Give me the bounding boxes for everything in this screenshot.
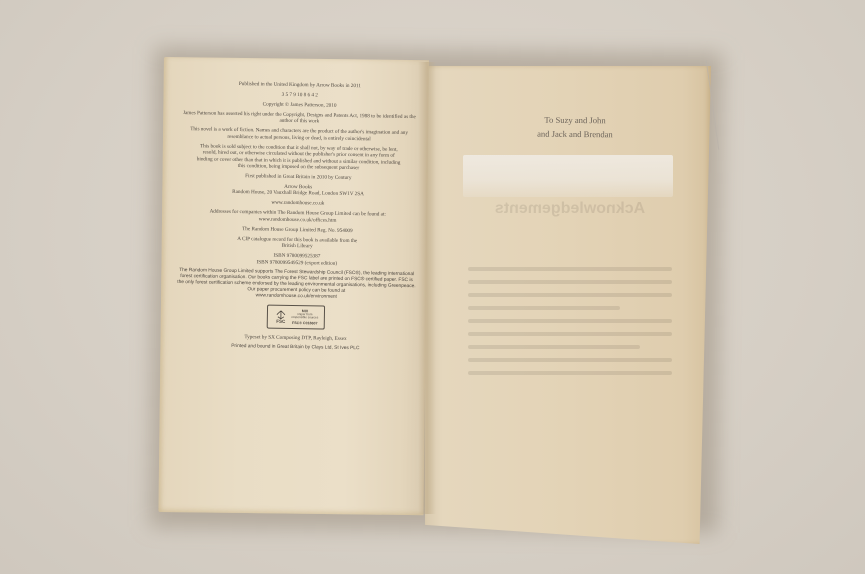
fsc-info: MIX Paper from responsible sources FSC® …	[290, 309, 320, 325]
publisher-website: www.randomhouse.co.uk	[178, 198, 418, 209]
show-through-heading: Acknowledgements	[460, 200, 680, 218]
registration-number: The Random House Group Limited Reg. No. …	[177, 225, 417, 236]
print-line: 3 5 7 9 10 8 6 4 2	[180, 90, 420, 101]
dedication-line-2: and Jack and Brendan	[500, 126, 650, 141]
show-through-line	[468, 306, 620, 310]
company-addresses: Addresses for companies within The Rando…	[178, 208, 418, 225]
dedication: To Suzy and John and Jack and Brendan	[500, 112, 650, 141]
fsc-logo: FSC	[272, 309, 290, 323]
show-through-line	[468, 332, 672, 336]
typeset-credit: Typeset by SX Composing DTP, Rayleigh, E…	[175, 333, 415, 344]
fsc-label: FSC MIX Paper from responsible sources F…	[267, 304, 325, 329]
show-through-line	[468, 371, 672, 375]
moral-rights: James Patterson has asserted his right u…	[179, 110, 419, 127]
open-book: Published in the United Kingdom by Arrow…	[0, 0, 865, 574]
fsc-code: FSC® C018607	[290, 321, 320, 326]
show-through-line	[468, 293, 672, 297]
paper-patch	[463, 155, 673, 197]
sale-condition: This book is sold subject to the conditi…	[178, 143, 418, 173]
dedication-line-1: To Suzy and John	[500, 112, 650, 127]
show-through-line	[468, 358, 672, 362]
fsc-brand: FSC	[276, 319, 285, 323]
show-through-text: Acknowledgements	[460, 200, 680, 460]
show-through-line	[468, 319, 672, 323]
cip-record: A CIP catalogue record for this book is …	[177, 235, 417, 252]
first-published: First published in Great Britain in 2010…	[178, 172, 418, 183]
fiction-disclaimer: This novel is a work of fiction. Names a…	[179, 126, 419, 143]
printer-credit: Printed and bound in Great Britain by Cl…	[175, 343, 415, 353]
fsc-mix-sub: Paper from responsible sources	[290, 313, 320, 320]
show-through-line	[468, 345, 640, 349]
show-through-line	[468, 280, 672, 284]
book-spine-gutter	[418, 62, 436, 514]
show-through-line	[468, 267, 672, 271]
copyright-line: Copyright © James Patterson, 2010	[180, 100, 420, 111]
copyright-text: Published in the United Kingdom by Arrow…	[175, 80, 420, 357]
